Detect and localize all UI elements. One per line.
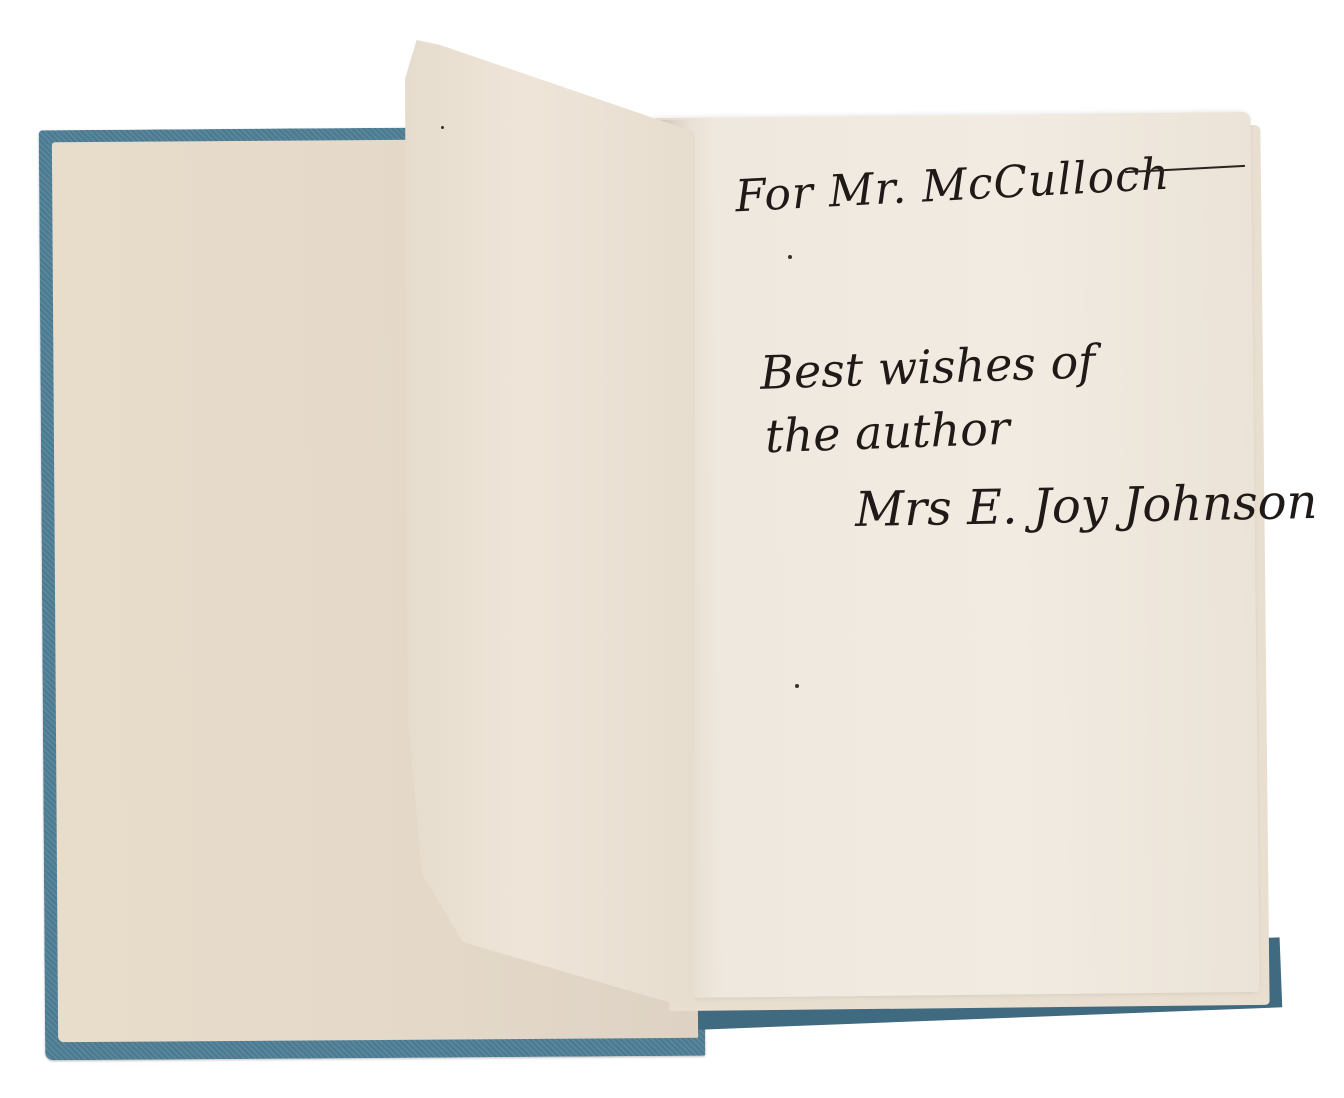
inscription-author: the author [764, 401, 1011, 464]
inscription-signature: Mrs E. Joy Johnson [855, 474, 1318, 538]
inscription-page [655, 112, 1259, 998]
ink-speck [441, 126, 444, 129]
book-photo: For Mr. McCulloch Best wishes of the aut… [0, 0, 1344, 1098]
ink-speck [795, 684, 799, 688]
ink-speck [788, 255, 792, 259]
folded-flyleaf [405, 40, 695, 1010]
